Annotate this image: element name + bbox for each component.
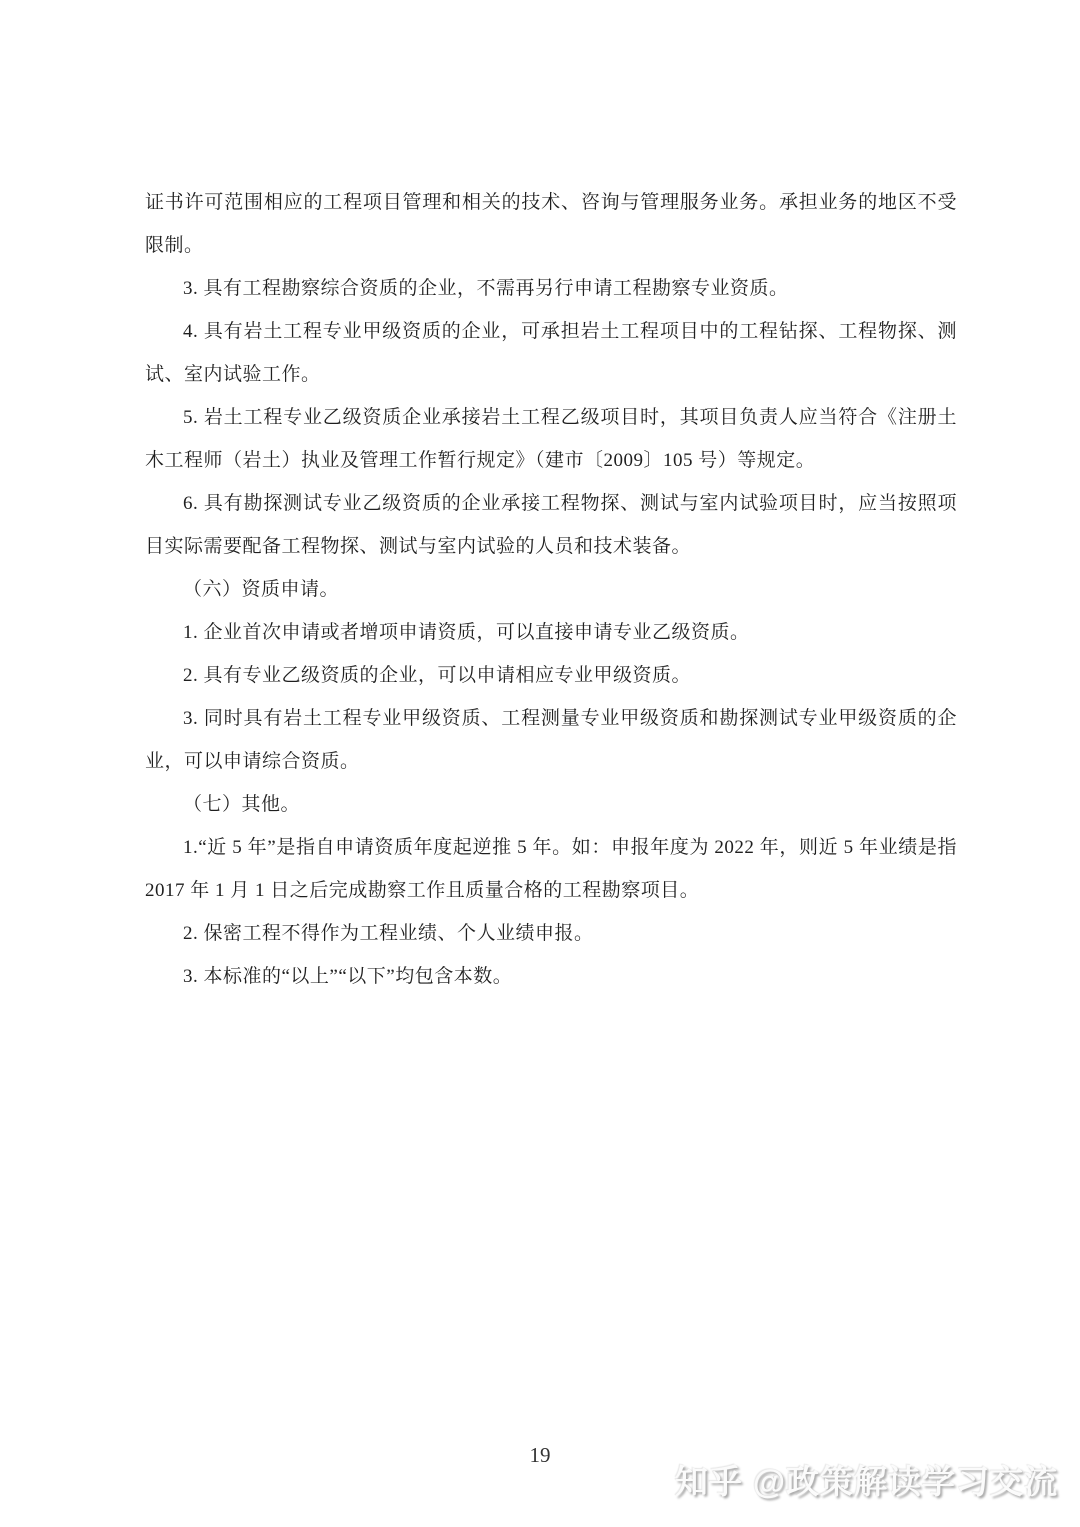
document-body: 证书许可范围相应的工程项目管理和相关的技术、咨询与管理服务业务。承担业务的地区不… [145, 181, 957, 998]
section-heading: （七）其他。 [145, 783, 957, 826]
paragraph: 1. 企业首次申请或者增项申请资质，可以直接申请专业乙级资质。 [145, 611, 957, 654]
watermark: 知乎@政策解读学习交流 [675, 1456, 1058, 1503]
paragraph: 4. 具有岩土工程专业甲级资质的企业，可承担岩土工程项目中的工程钻探、工程物探、… [145, 310, 957, 396]
paragraph: 3. 同时具有岩土工程专业甲级资质、工程测量专业甲级资质和勘探测试专业甲级资质的… [145, 697, 957, 783]
paragraph: 2. 保密工程不得作为工程业绩、个人业绩申报。 [145, 912, 957, 955]
paragraph: 3. 本标准的“以上”“以下”均包含本数。 [145, 955, 957, 998]
paragraph: 2. 具有专业乙级资质的企业，可以申请相应专业甲级资质。 [145, 654, 957, 697]
watermark-handle: @政策解读学习交流 [753, 1463, 1058, 1500]
zhihu-brand-text: 知乎 [675, 1463, 743, 1500]
paragraph: 1.“近 5 年”是指自申请资质年度起逆推 5 年。如：申报年度为 2022 年… [145, 826, 957, 912]
paragraph: 3. 具有工程勘察综合资质的企业，不需再另行申请工程勘察专业资质。 [145, 267, 957, 310]
paragraph: 5. 岩土工程专业乙级资质企业承接岩土工程乙级项目时，其项目负责人应当符合《注册… [145, 396, 957, 482]
paragraph: 证书许可范围相应的工程项目管理和相关的技术、咨询与管理服务业务。承担业务的地区不… [145, 181, 957, 267]
paragraph: 6. 具有勘探测试专业乙级资质的企业承接工程物探、测试与室内试验项目时，应当按照… [145, 482, 957, 568]
document-page: 证书许可范围相应的工程项目管理和相关的技术、咨询与管理服务业务。承担业务的地区不… [0, 0, 1080, 1527]
section-heading: （六）资质申请。 [145, 568, 957, 611]
